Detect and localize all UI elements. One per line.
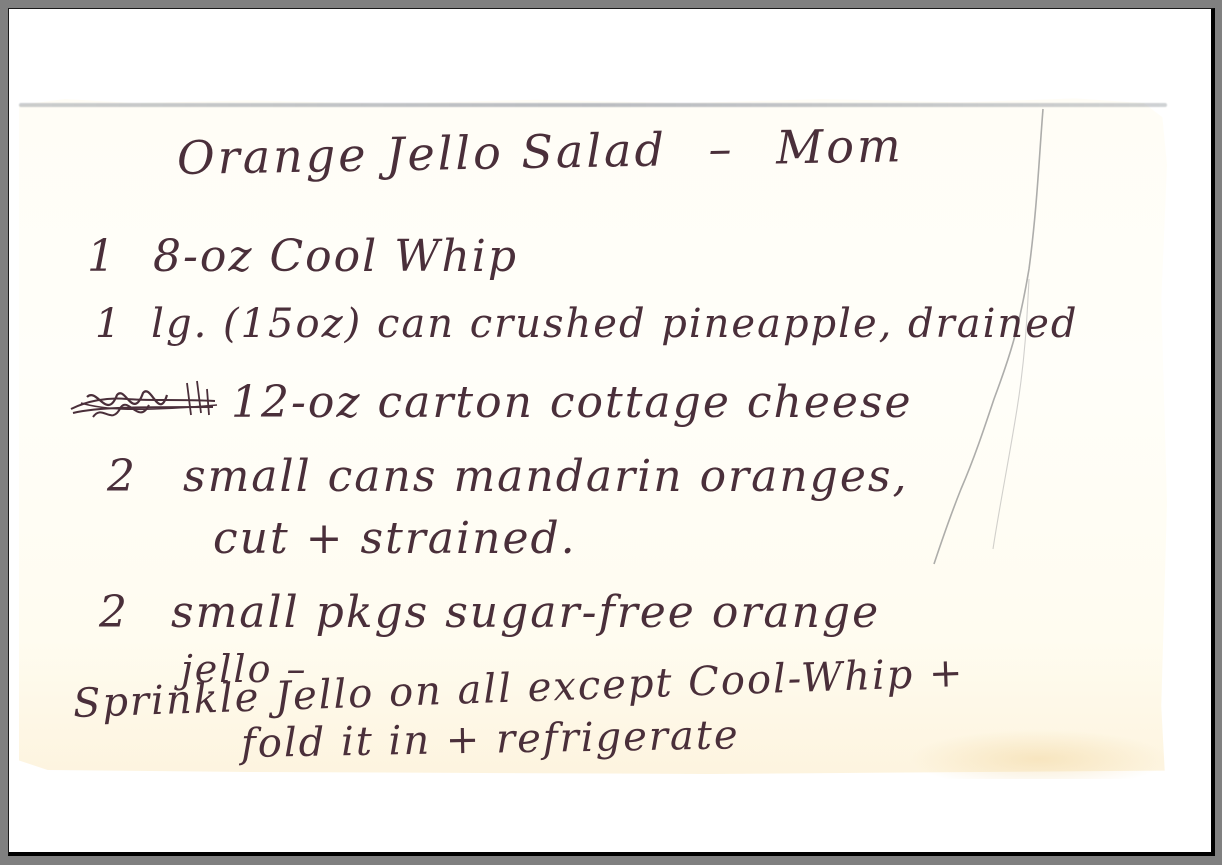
scan-frame: Orange Jello Salad – Mom 1 8-oz Cool Whi… [8,8,1215,856]
ingredient-text: 8-oz Cool Whip [153,231,518,282]
ingredient-line: 12-oz carton cottage cheese [231,377,913,428]
instruction-text: fold it in + refrigerate [241,712,740,767]
ingredient-text: small cans mandarin oranges, [183,451,908,502]
instruction-line: fold it in + refrigerate [241,712,740,767]
ingredient-qty: 1 [87,231,117,282]
title-separator: – [708,121,735,175]
ingredient-qty: 1 [95,301,122,347]
title-attribution: Mom [776,118,904,174]
card-torn-edge [19,103,1167,107]
ingredient-line: 1 lg. (15oz) can crushed pineapple, drai… [95,301,1078,347]
ingredient-continuation-text: cut + strained. [213,513,577,564]
scribbled-out-text [67,377,219,429]
ingredient-line: 1 8-oz Cool Whip [87,231,518,282]
ingredient-text: small pkgs sugar-free orange [171,587,880,638]
ingredient-line: 2 small pkgs sugar-free orange [99,587,880,638]
ingredient-text: lg. (15oz) can crushed pineapple, draine… [151,301,1078,347]
ingredient-line: 2 small cans mandarin oranges, [107,451,908,502]
ingredient-text: 12-oz carton cottage cheese [231,377,913,428]
ingredient-qty: 2 [99,587,129,638]
ingredient-continuation: cut + strained. [213,513,577,564]
title-text: Orange Jello Salad [177,122,668,185]
ingredient-qty: 2 [107,451,137,502]
